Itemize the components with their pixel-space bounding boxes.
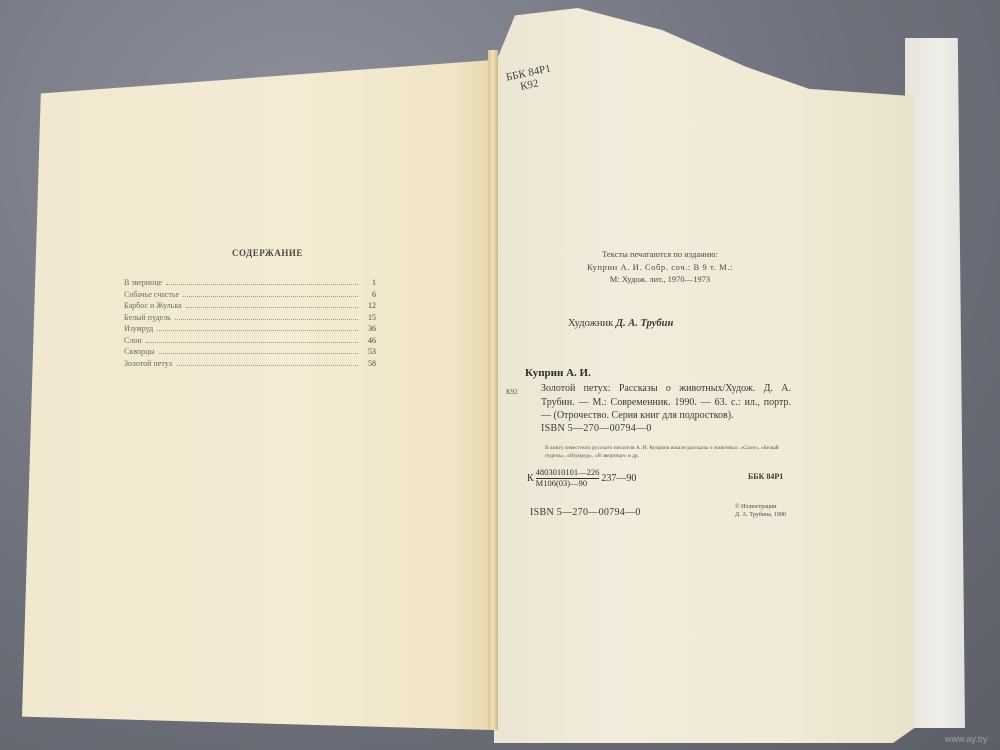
toc-item: Изумруд36 (124, 324, 376, 336)
toc-item: Золотой петух58 (124, 359, 376, 371)
toc-item: Слон46 (124, 336, 376, 348)
artist-credit: Художник Д. А. Трубин (568, 318, 673, 329)
contents-title: СОДЕРЖАНИЕ (232, 248, 303, 258)
table-of-contents: В зверинце1 Собачье счастье6 Барбос и Жу… (124, 278, 376, 370)
photo-scene: СОДЕРЖАНИЕ В зверинце1 Собачье счастье6 … (0, 0, 1000, 750)
toc-item: В зверинце1 (124, 278, 376, 290)
source-edition-note: Тексты печатаются по изданию: Куприн А. … (560, 248, 760, 286)
toc-item: Скворцы53 (124, 347, 376, 359)
watermark: www.ay.by (945, 734, 987, 744)
book-annotation: В книгу известного русского писателя А. … (545, 444, 790, 460)
k-fraction: 4803010101—226 М106(03)—90 (536, 468, 600, 488)
illustrations-copyright: © Иллюстрации Д. А. Трубина, 1990 (735, 503, 786, 519)
left-page (22, 60, 492, 730)
isbn-line: ISBN 5—270—00794—0 (541, 423, 652, 434)
toc-item: Барбос и Жулька12 (124, 301, 376, 313)
bbk-code-bottom: ББК 84Р1 (748, 472, 783, 481)
k92-margin-code: К92 (506, 388, 518, 396)
book-gutter (488, 50, 498, 730)
toc-item: Белый пудель15 (124, 313, 376, 325)
k-index-code: К 4803010101—226 М106(03)—90 237—90 (527, 468, 636, 488)
back-cover-sheet (905, 38, 965, 728)
bibliographic-description: Золотой петух: Рассказы о животных/Худож… (541, 382, 791, 423)
toc-item: Собачье счастье6 (124, 290, 376, 302)
author-heading: Куприн А. И. (525, 367, 591, 379)
isbn-bottom: ISBN 5—270—00794—0 (530, 507, 641, 518)
